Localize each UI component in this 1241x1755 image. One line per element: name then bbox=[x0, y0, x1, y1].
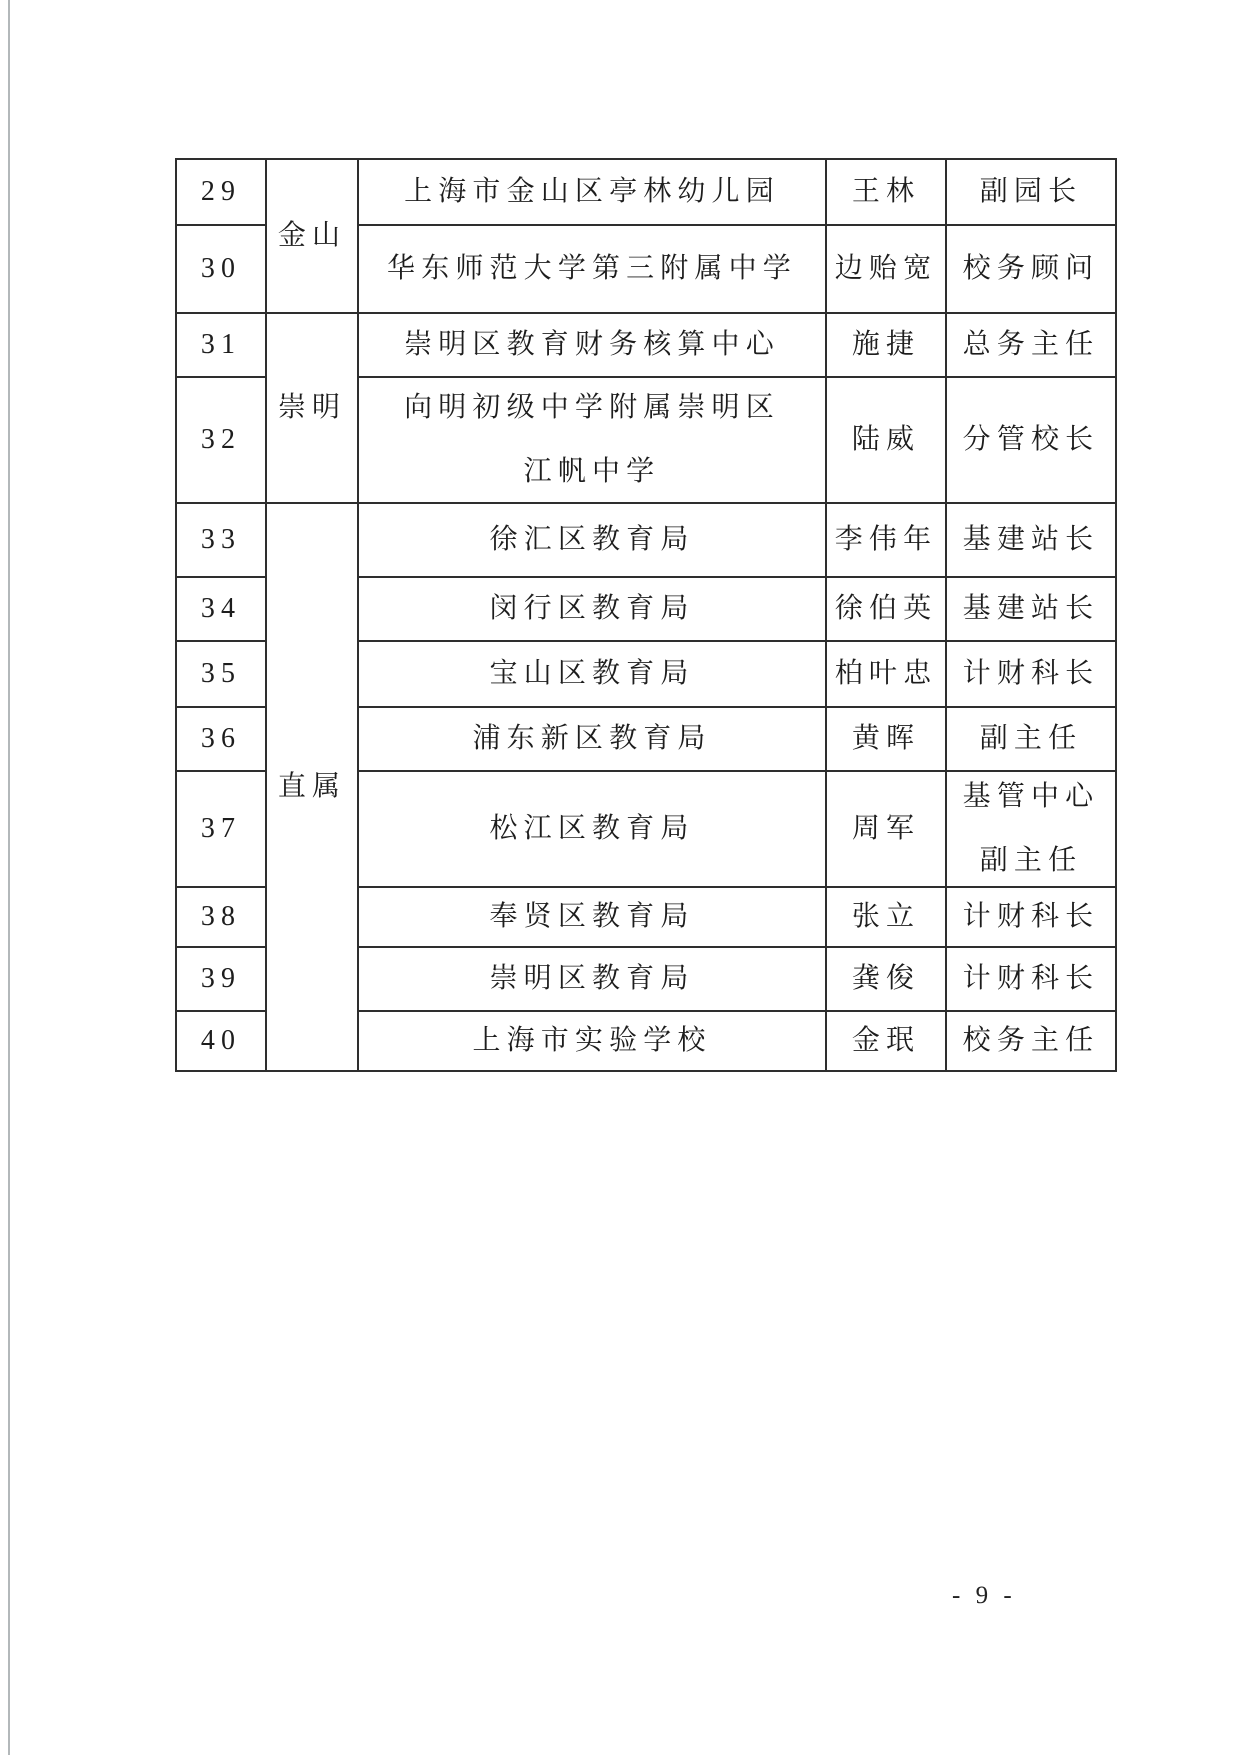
page-left-edge-line bbox=[8, 0, 10, 1755]
document-page: 29 金山 上海市金山区亭林幼儿园 王林 副园长 30 华东师范大学第三附属中学… bbox=[0, 0, 1241, 1755]
job-title-cell: 副园长 bbox=[946, 159, 1116, 225]
person-name-cell: 龚俊 bbox=[826, 947, 946, 1011]
school-cell: 华东师范大学第三附属中学 bbox=[358, 225, 826, 313]
person-name-cell: 黄晖 bbox=[826, 707, 946, 771]
row-number-cell: 38 bbox=[176, 887, 266, 947]
person-name-cell: 周军 bbox=[826, 771, 946, 887]
row-number-cell: 40 bbox=[176, 1011, 266, 1071]
job-title-line: 基管中心 bbox=[947, 779, 1115, 815]
job-title-cell: 计财科长 bbox=[946, 641, 1116, 707]
person-name-cell: 金珉 bbox=[826, 1011, 946, 1071]
school-cell: 奉贤区教育局 bbox=[358, 887, 826, 947]
job-title-cell: 基建站长 bbox=[946, 577, 1116, 641]
school-cell: 向明初级中学附属崇明区 江帆中学 bbox=[358, 377, 826, 503]
page-number: - 9 - bbox=[952, 1582, 1016, 1610]
job-title-cell: 基建站长 bbox=[946, 503, 1116, 577]
person-name-cell: 李伟年 bbox=[826, 503, 946, 577]
person-name-cell: 施捷 bbox=[826, 313, 946, 377]
school-cell: 浦东新区教育局 bbox=[358, 707, 826, 771]
row-number-cell: 36 bbox=[176, 707, 266, 771]
job-title-cell: 总务主任 bbox=[946, 313, 1116, 377]
job-title-cell: 副主任 bbox=[946, 707, 1116, 771]
school-cell: 徐汇区教育局 bbox=[358, 503, 826, 577]
job-title-cell: 分管校长 bbox=[946, 377, 1116, 503]
row-number-cell: 35 bbox=[176, 641, 266, 707]
table-row: 29 金山 上海市金山区亭林幼儿园 王林 副园长 bbox=[176, 159, 1116, 225]
table-row: 31 崇明 崇明区教育财务核算中心 施捷 总务主任 bbox=[176, 313, 1116, 377]
row-number-cell: 29 bbox=[176, 159, 266, 225]
school-cell: 宝山区教育局 bbox=[358, 641, 826, 707]
row-number-cell: 34 bbox=[176, 577, 266, 641]
job-title-cell: 校务顾问 bbox=[946, 225, 1116, 313]
row-number-cell: 37 bbox=[176, 771, 266, 887]
district-cell: 金山 bbox=[266, 159, 358, 313]
school-name-line: 江帆中学 bbox=[359, 454, 825, 490]
school-cell: 上海市实验学校 bbox=[358, 1011, 826, 1071]
district-cell: 崇明 bbox=[266, 313, 358, 503]
table-row: 33 直属 徐汇区教育局 李伟年 基建站长 bbox=[176, 503, 1116, 577]
person-name-cell: 徐伯英 bbox=[826, 577, 946, 641]
school-cell: 崇明区教育财务核算中心 bbox=[358, 313, 826, 377]
person-name-cell: 张立 bbox=[826, 887, 946, 947]
row-number-cell: 30 bbox=[176, 225, 266, 313]
row-number-cell: 33 bbox=[176, 503, 266, 577]
job-title-cell: 计财科长 bbox=[946, 887, 1116, 947]
job-title-cell: 校务主任 bbox=[946, 1011, 1116, 1071]
job-title-cell: 基管中心 副主任 bbox=[946, 771, 1116, 887]
school-cell: 上海市金山区亭林幼儿园 bbox=[358, 159, 826, 225]
school-cell: 闵行区教育局 bbox=[358, 577, 826, 641]
person-name-cell: 王林 bbox=[826, 159, 946, 225]
person-name-cell: 边贻宽 bbox=[826, 225, 946, 313]
person-name-cell: 柏叶忠 bbox=[826, 641, 946, 707]
row-number-cell: 39 bbox=[176, 947, 266, 1011]
job-title-cell: 计财科长 bbox=[946, 947, 1116, 1011]
row-number-cell: 31 bbox=[176, 313, 266, 377]
person-name-cell: 陆威 bbox=[826, 377, 946, 503]
job-title-line: 副主任 bbox=[947, 843, 1115, 879]
personnel-table: 29 金山 上海市金山区亭林幼儿园 王林 副园长 30 华东师范大学第三附属中学… bbox=[175, 158, 1117, 1072]
school-name-line: 向明初级中学附属崇明区 bbox=[359, 390, 825, 426]
row-number-cell: 32 bbox=[176, 377, 266, 503]
district-cell: 直属 bbox=[266, 503, 358, 1071]
school-cell: 松江区教育局 bbox=[358, 771, 826, 887]
school-cell: 崇明区教育局 bbox=[358, 947, 826, 1011]
